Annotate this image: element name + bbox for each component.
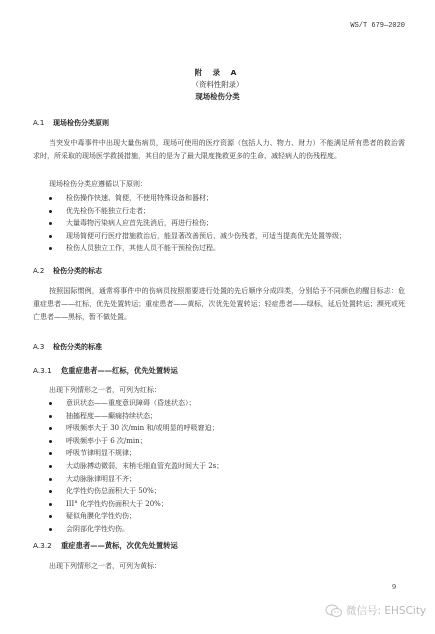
section-a1-heading: A.1现场检伤分类原则	[33, 118, 109, 128]
appendix-heading: 附 录 A （资料性附录） 现场检伤分类	[0, 67, 435, 103]
section-title: 检伤分类的标准	[53, 343, 102, 351]
bullet-icon	[49, 222, 52, 225]
list-item: 呼吸频率大于 30 次/min 和/或明显的呼吸窘迫；	[66, 422, 223, 435]
section-a1-paragraph: 当突发中毒事件中出现大量伤病员，现场可使用的医疗资源（包括人力、物力、财力）不能…	[33, 137, 405, 163]
list-item: 抽搐程度——癫痫持续状态；	[66, 410, 223, 423]
section-a32-heading: A.3.2重症患者——黄标，次优先处置转运	[33, 541, 178, 551]
bullet-icon	[49, 440, 52, 443]
list-item: 大动脉搏动微弱，末梢毛细血管充盈时间大于 2s；	[66, 460, 223, 473]
appendix-name: 现场检伤分类	[0, 91, 435, 103]
appendix-title: 附 录 A	[0, 67, 435, 79]
section-title: 现场检伤分类原则	[53, 119, 109, 127]
section-a31-criteria-list: 意识状态——重度意识障碍（昏迷状态）； 抽搐程度——癫痫持续状态； 呼吸频率大于…	[66, 397, 223, 536]
section-number: A.3.1	[33, 366, 61, 375]
standard-code: WS/T 679—2020	[350, 22, 405, 30]
list-item: 会阴部化学性灼伤。	[66, 523, 223, 536]
section-a3-heading: A.3检伤分类的标准	[33, 342, 102, 352]
section-a2-heading: A.2检伤分类的标志	[33, 266, 102, 276]
bullet-icon	[49, 528, 52, 531]
bullet-icon	[49, 503, 52, 506]
bullet-icon	[49, 197, 52, 200]
bullet-icon	[49, 402, 52, 405]
list-item: 大动脉脉律明显不齐；	[66, 473, 223, 486]
list-item: 优先检伤不能独立行走者；	[66, 205, 346, 218]
section-title: 检伤分类的标志	[53, 267, 102, 275]
bullet-icon	[49, 235, 52, 238]
section-a32-lead: 出现下列情形之一者，可列为黄标：	[49, 561, 161, 571]
list-item: 检伤操作快速、简便，不使用特殊设备和器材；	[66, 192, 346, 205]
list-item: 疑似角膜化学性灼伤；	[66, 510, 223, 523]
bullet-icon	[49, 210, 52, 213]
list-item: 化学性灼伤总面积大于 50%；	[66, 485, 223, 498]
wechat-icon	[325, 604, 343, 618]
section-a31-lead: 出现下列情形之一者，可列为红标：	[49, 385, 161, 395]
section-number: A.2	[33, 267, 53, 275]
section-a31-heading: A.3.1危重症患者——红标，优先处置转运	[33, 366, 178, 376]
section-title: 危重症患者——红标，优先处置转运	[61, 366, 178, 375]
section-a1-principles-list: 检伤操作快速、简便，不使用特殊设备和器材； 优先检伤不能独立行走者； 大量毒物污…	[66, 192, 346, 255]
appendix-subtitle: （资料性附录）	[0, 79, 435, 91]
list-item: 现场简便可行医疗措施救治后，能显著改善预后、减少伤残者，可适当提高优先处置等级；	[66, 230, 346, 243]
list-item: 检伤人员独立工作，其他人员不能干预检伤过程。	[66, 242, 346, 255]
bullet-icon	[49, 465, 52, 468]
section-a2-paragraph: 按照国际惯例，通常将事件中的伤病员按照需要进行处置的先后顺序分成四类，分别给予不…	[33, 285, 405, 323]
bullet-icon	[49, 515, 52, 518]
list-item: III° 化学性灼伤面积大于 20%；	[66, 498, 223, 511]
watermark: 微信号: EHSCity	[325, 603, 426, 618]
list-item: 呼吸节律明显不规律；	[66, 447, 223, 460]
section-title: 重症患者——黄标，次优先处置转运	[61, 541, 178, 550]
bullet-icon	[49, 247, 52, 250]
list-item: 呼吸频率小于 6 次/min；	[66, 435, 223, 448]
bullet-icon	[49, 452, 52, 455]
section-number: A.3.2	[33, 541, 61, 550]
bullet-icon	[49, 490, 52, 493]
bullet-icon	[49, 427, 52, 430]
section-number: A.1	[33, 119, 53, 127]
watermark-text: 微信号: EHSCity	[346, 603, 426, 618]
list-item: 意识状态——重度意识障碍（昏迷状态）；	[66, 397, 223, 410]
bullet-icon	[49, 478, 52, 481]
section-number: A.3	[33, 343, 53, 351]
section-a1-lead: 现场检伤分类应遵循以下原则：	[49, 179, 147, 189]
page-number: 9	[392, 583, 396, 591]
list-item: 大量毒物污染病人应首先洗消后，再进行检伤；	[66, 217, 346, 230]
bullet-icon	[49, 415, 52, 418]
